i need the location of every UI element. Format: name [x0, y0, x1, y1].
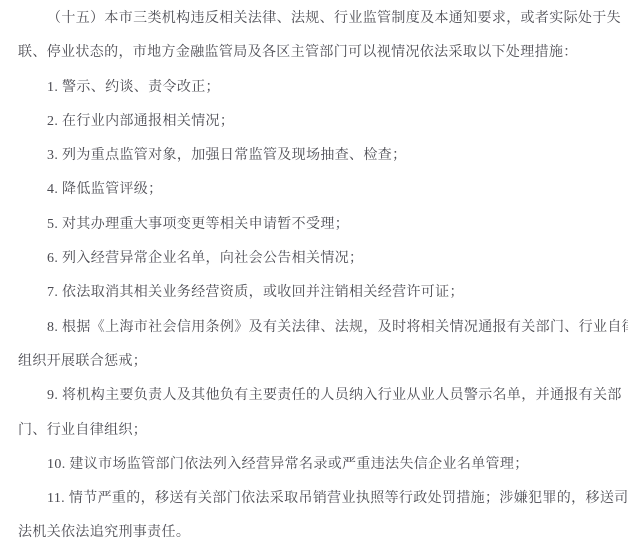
- text-line: 2. 在行业内部通报相关情况；: [18, 105, 628, 139]
- text-line: （十五）本市三类机构违反相关法律、法规、行业监管制度及本通知要求，或者实际处于失: [18, 2, 628, 36]
- text-line: 8. 根据《上海市社会信用条例》及有关法律、法规，及时将相关情况通报有关部门、行…: [18, 311, 628, 345]
- text-line: 法机关依法追究刑事责任。: [18, 516, 628, 550]
- text-line: 7. 依法取消其相关业务经营资质，或收回并注销相关经营许可证；: [18, 276, 628, 310]
- text-line: 1. 警示、约谈、责令改正；: [18, 71, 628, 105]
- text-line: 6. 列入经营异常企业名单，向社会公告相关情况；: [18, 242, 628, 276]
- text-line: 3. 列为重点监管对象，加强日常监管及现场抽查、检查；: [18, 139, 628, 173]
- text-line: 5. 对其办理重大事项变更等相关申请暂不受理；: [18, 208, 628, 242]
- text-line: 9. 将机构主要负责人及其他负有主要责任的人员纳入行业从业人员警示名单，并通报有…: [18, 379, 628, 413]
- text-line: 门、行业自律组织；: [18, 414, 628, 448]
- text-line: 10. 建议市场监管部门依法列入经营异常名录或严重违法失信企业名单管理；: [18, 448, 628, 482]
- text-line: 联、停业状态的，市地方金融监管局及各区主管部门可以视情况依法采取以下处理措施：: [18, 36, 628, 70]
- document-body: （十五）本市三类机构违反相关法律、法规、行业监管制度及本通知要求，或者实际处于失…: [0, 0, 640, 551]
- text-line: 组织开展联合惩戒；: [18, 345, 628, 379]
- text-line: 4. 降低监管评级；: [18, 173, 628, 207]
- text-line: 11. 情节严重的，移送有关部门依法采取吊销营业执照等行政处罚措施；涉嫌犯罪的，…: [18, 482, 628, 516]
